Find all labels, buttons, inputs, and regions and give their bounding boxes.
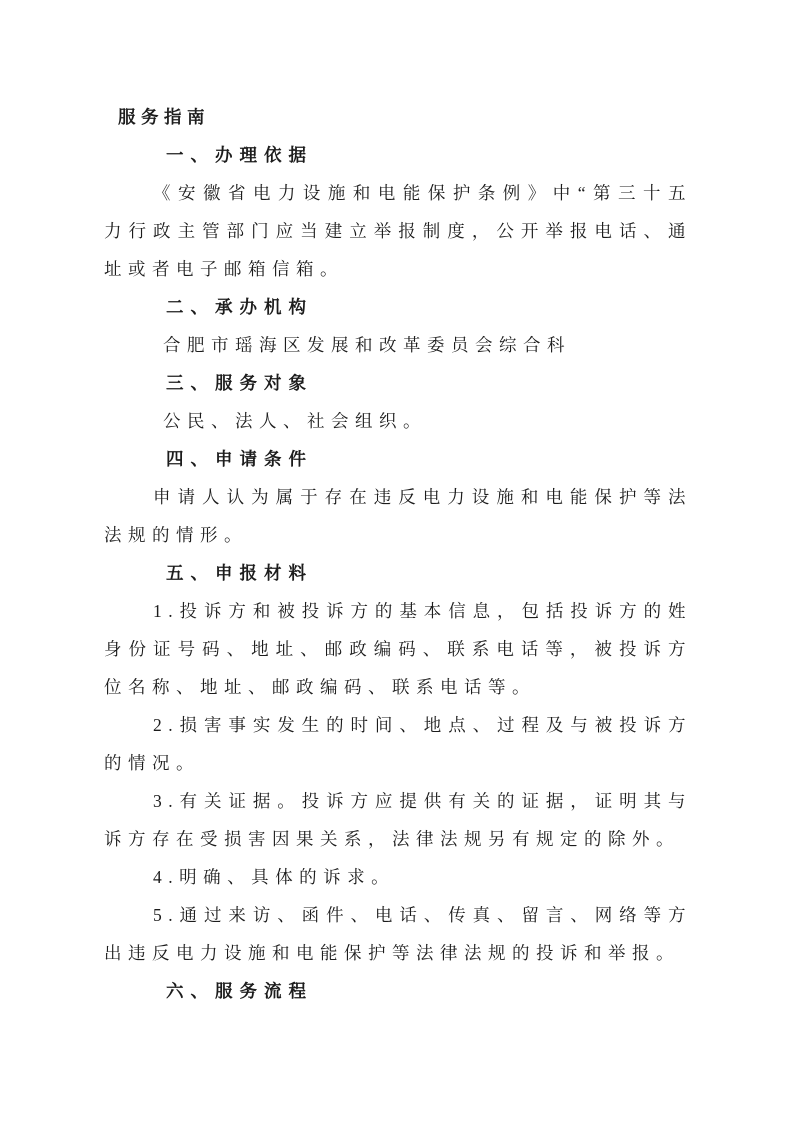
text-line: 公民、法人、社会组织。 [104,402,692,440]
body-paragraph: 公民、法人、社会组织。 [104,402,692,440]
text-line: 五、申报材料 [104,554,692,592]
text-line: 址或者电子邮箱信箱。 [104,250,692,288]
document-page: 服务指南一、办理依据《安徽省电力设施和电能保护条例》中“第三十五条电力行政主管部… [0,0,792,1122]
text-line: 身份证号码、地址、邮政编码、联系电话等，被投诉方的单 [104,630,692,668]
text-line: 的情况。 [104,744,692,782]
text-line: 二、承办机构 [104,288,692,326]
section-heading: 一、办理依据 [104,136,692,174]
body-paragraph: 3.有关证据。投诉方应提供有关的证据，证明其与被投诉方存在受损害因果关系，法律法… [104,782,692,858]
text-line: 法规的情形。 [104,516,692,554]
section-heading: 三、服务对象 [104,364,692,402]
text-line: 服务指南 [104,98,692,136]
text-line: 4.明确、具体的诉求。 [104,858,692,896]
text-line: 1.投诉方和被投诉方的基本信息，包括投诉方的姓名、 [104,592,692,630]
body-paragraph: 《安徽省电力设施和电能保护条例》中“第三十五条电力行政主管部门应当建立举报制度，… [104,174,692,288]
text-line: 诉方存在受损害因果关系，法律法规另有规定的除外。 [104,820,692,858]
text-line: 出违反电力设施和电能保护等法律法规的投诉和举报。 [104,934,692,972]
body-paragraph: 5.通过来访、函件、电话、传真、留言、网络等方式提出违反电力设施和电能保护等法律… [104,896,692,972]
body-paragraph: 1.投诉方和被投诉方的基本信息，包括投诉方的姓名、身份证号码、地址、邮政编码、联… [104,592,692,706]
body-paragraph: 申请人认为属于存在违反电力设施和电能保护等法律法规的情形。 [104,478,692,554]
document-title: 服务指南 [104,98,692,136]
body-paragraph: 2.损害事实发生的时间、地点、过程及与被投诉方协商的情况。 [104,706,692,782]
text-line: 一、办理依据 [104,136,692,174]
text-line: 四、申请条件 [104,440,692,478]
section-heading: 五、申报材料 [104,554,692,592]
text-line: 3.有关证据。投诉方应提供有关的证据，证明其与被投 [104,782,692,820]
text-line: 2.损害事实发生的时间、地点、过程及与被投诉方协商 [104,706,692,744]
section-heading: 二、承办机构 [104,288,692,326]
text-line: 申请人认为属于存在违反电力设施和电能保护等法律 [104,478,692,516]
text-line: 《安徽省电力设施和电能保护条例》中“第三十五条电 [104,174,692,212]
section-heading: 六、服务流程 [104,972,692,1010]
text-line: 5.通过来访、函件、电话、传真、留言、网络等方式提 [104,896,692,934]
text-line: 位名称、地址、邮政编码、联系电话等。 [104,668,692,706]
body-paragraph: 4.明确、具体的诉求。 [104,858,692,896]
text-line: 力行政主管部门应当建立举报制度，公开举报电话、通信地 [104,212,692,250]
section-heading: 四、申请条件 [104,440,692,478]
body-paragraph: 合肥市瑶海区发展和改革委员会综合科 [104,326,692,364]
text-line: 三、服务对象 [104,364,692,402]
text-line: 合肥市瑶海区发展和改革委员会综合科 [104,326,692,364]
text-line: 六、服务流程 [104,972,692,1010]
